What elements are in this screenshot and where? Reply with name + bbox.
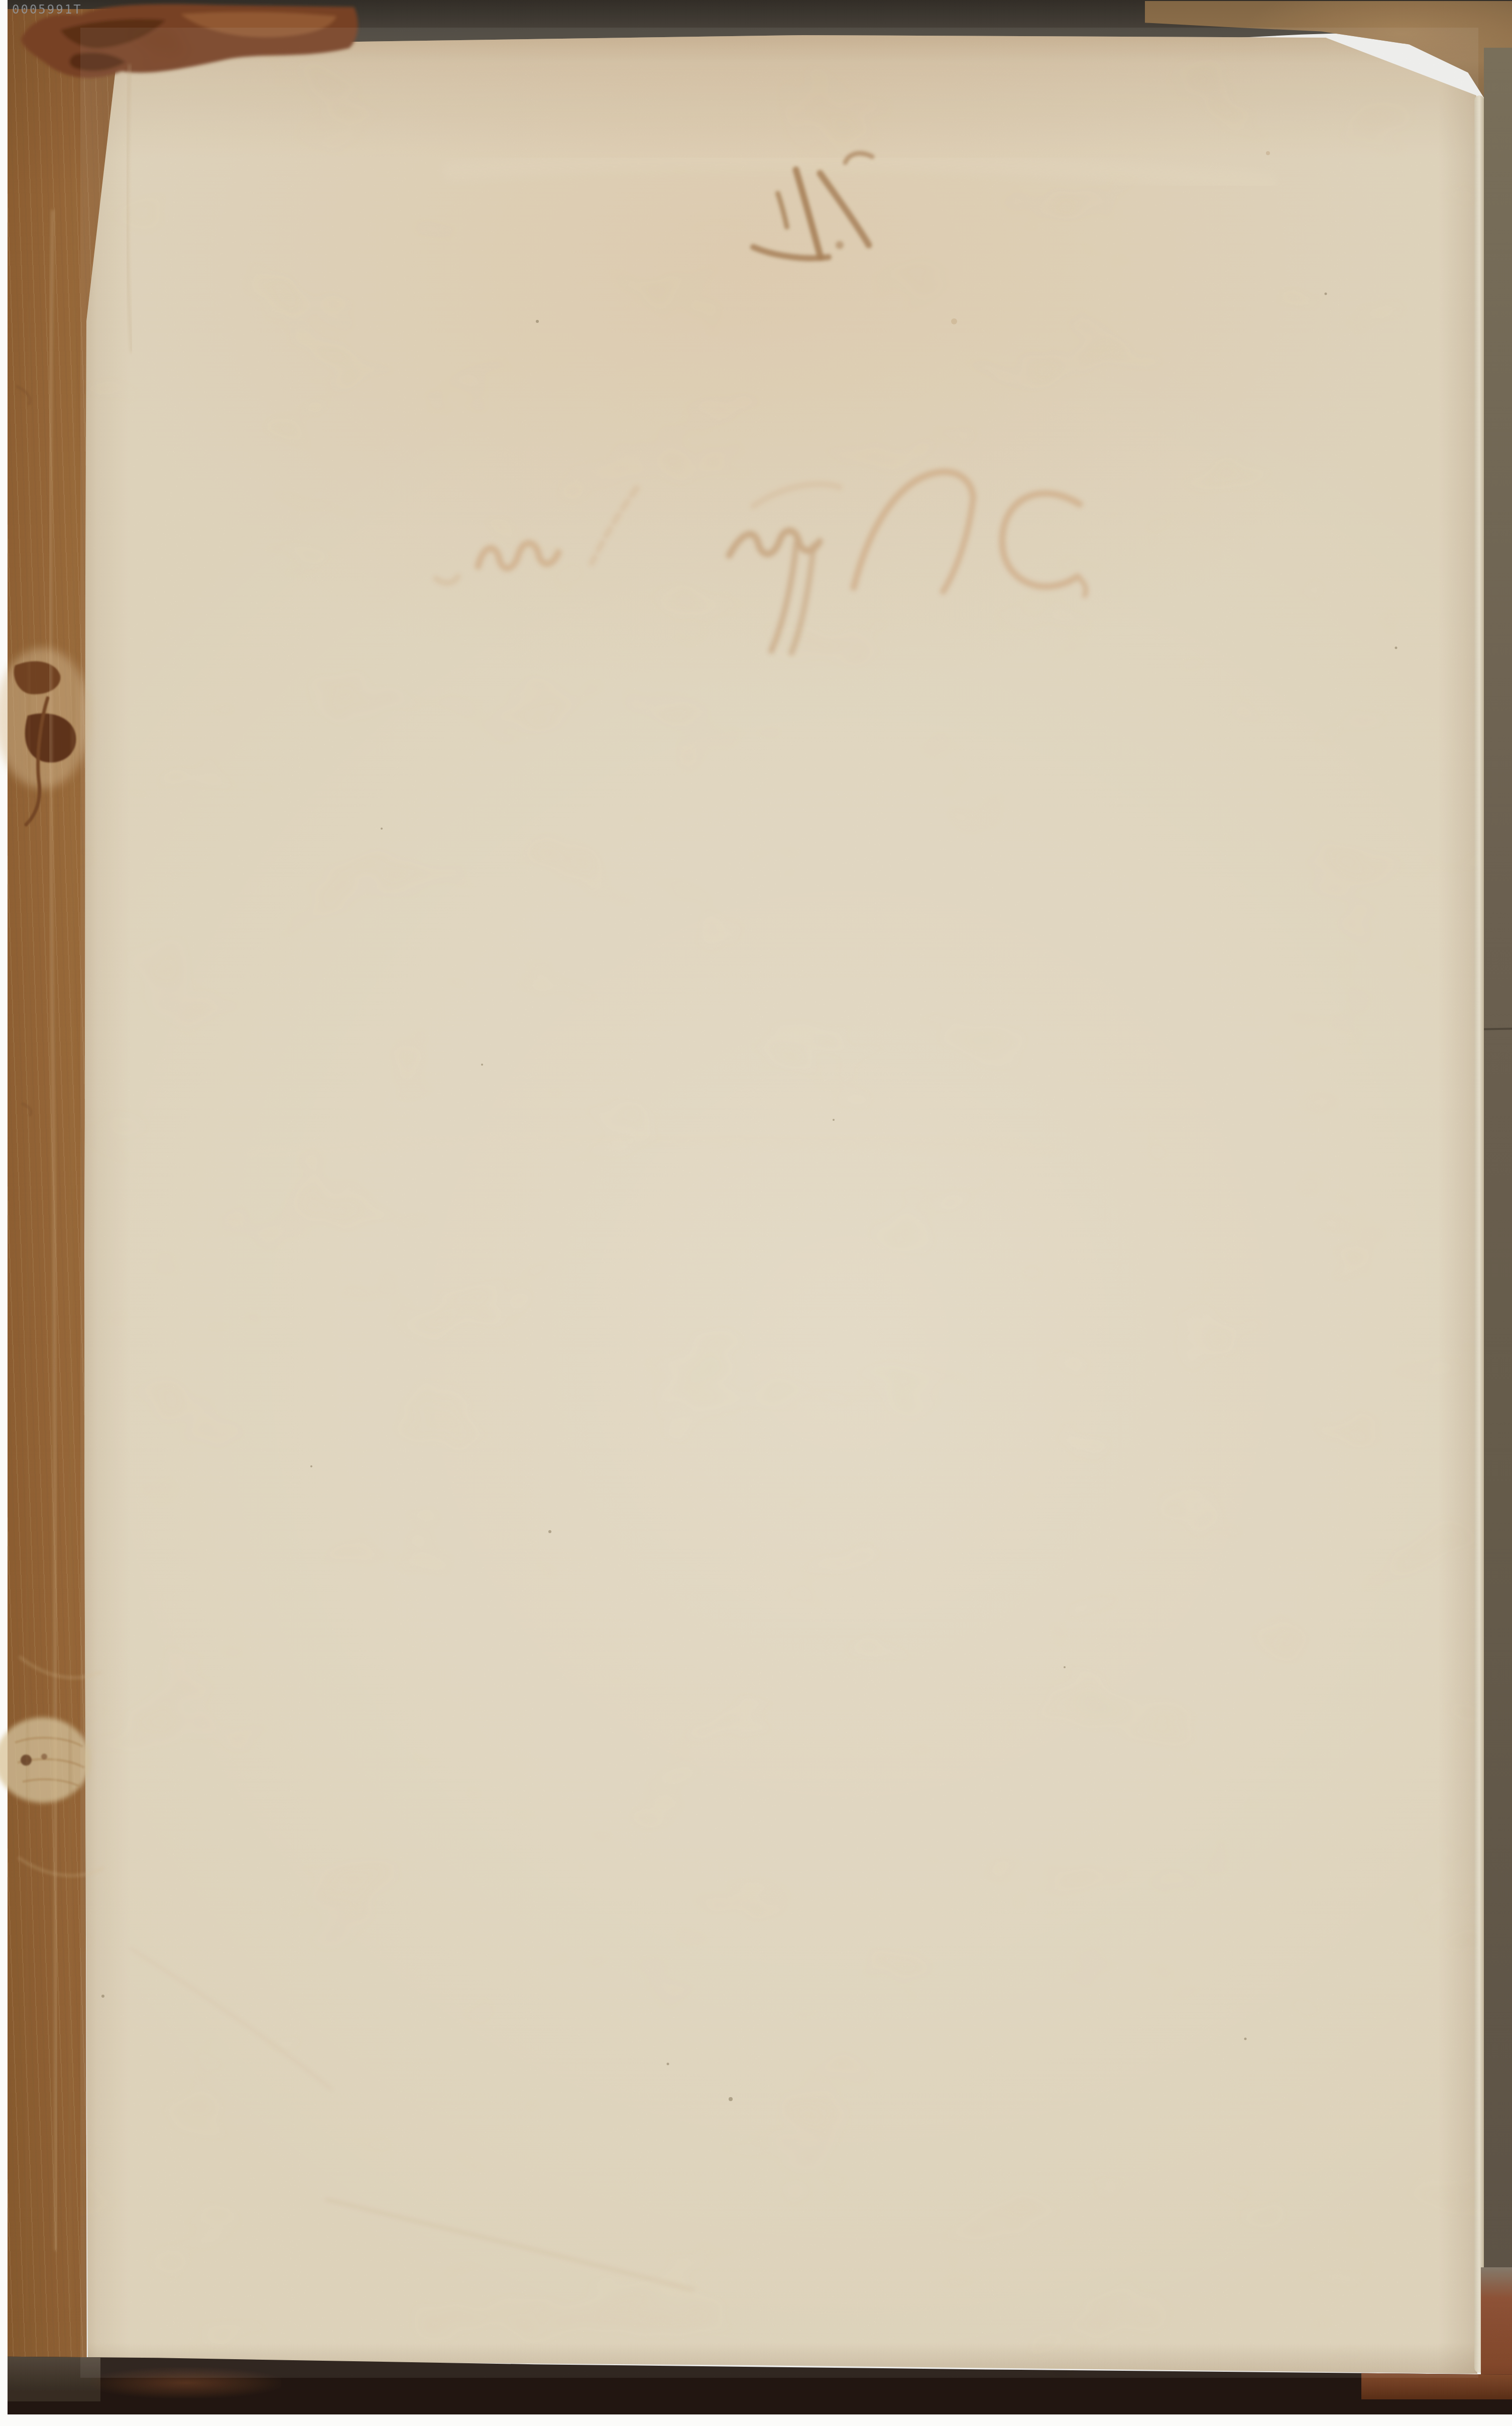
page-fore-edge	[1474, 95, 1484, 2373]
bottom-leather-glimpse	[90, 2367, 281, 2398]
bottom-left-board	[8, 2350, 100, 2401]
scanned-book-page: 0005991T	[0, 0, 1512, 2426]
scan-id-label: 0005991T	[12, 4, 82, 16]
bottom-right-leather	[1361, 2370, 1512, 2399]
blank-page	[80, 28, 1478, 2378]
right-gap-shadow	[1484, 48, 1512, 2270]
gap-crack-line	[1484, 1027, 1512, 1030]
